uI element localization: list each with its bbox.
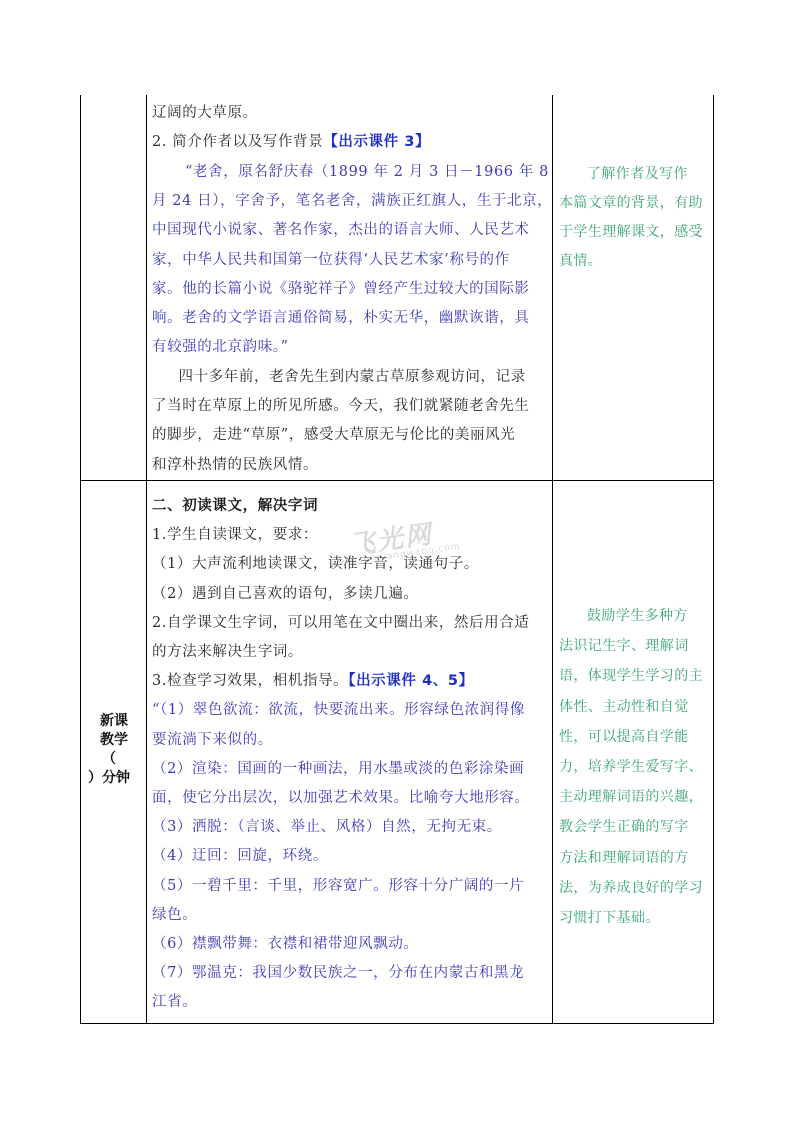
section-label-line: 教学 [100,731,130,750]
courseware-tag: 【出示课件 4、5】 [348,673,473,689]
table-border-bottom [80,1023,714,1024]
text-line: 家，中华人民共和国第一位获得‘人民艺术家’称号的作 [152,251,510,269]
section-label-line: 新课 [100,712,130,731]
section-label-line: ）分钟 [88,769,130,788]
text-line: （4）迂回：回旋，环绕。 [152,847,328,865]
text-line: （5）一碧千里：千里，形容宽广。形容十分广阔的一片 [152,877,524,895]
note-line: 鼓励学生多种方 [587,607,688,625]
text-segment: （3）洒脱：（言谈、举止、风格）自然，无拘无束。 [152,819,502,835]
text-segment: （2）遇到自己喜欢的语句，多读几遍。 [152,586,419,602]
note-line: 教会学生正确的写字 [559,818,689,836]
text-segment: 江省。 [152,994,197,1010]
table-border-col1 [146,95,147,1024]
note-line: 力，培养学生爱写字、 [559,758,703,776]
text-line: 面，使它分出层次，以加强艺术效果。比喻夸大地形容。 [152,789,530,807]
text-segment: 要流淌下来似的。 [152,732,273,748]
text-line: “（1）翠色欲流：欲流，快要流出来。形容绿色浓润得像 [152,701,525,719]
note-line: 本篇文章的背景，有助 [559,194,703,212]
note-line: 体性、主动性和自觉 [559,698,689,716]
section-label: 新课 教学 （ ）分钟 [100,712,130,788]
table-row-divider [80,480,714,481]
note-line: 法识记生字、理解词 [559,637,689,655]
text-line: 中国现代小说家、著名作家，杰出的语言大师、人民艺术 [152,221,530,239]
text-line: 要流淌下来似的。 [152,731,273,749]
text-line: 月 24 日），字舍予，笔名老舍，满族正红旗人，生于北京， [152,192,552,210]
text-line: 2. 简介作者以及写作背景【出示课件 3】 [152,133,430,151]
text-segment: （6）襟飘带舞：衣襟和裙带迎风飘动。 [152,936,419,952]
watermark: 飞光网 www.feiguangwang.com [327,504,504,587]
note-line: 语，体现学生学习的主 [559,667,703,685]
text-line: （2）遇到自己喜欢的语句，多读几遍。 [152,585,419,603]
text-segment: 绿色。 [152,907,197,923]
text-line: 江省。 [152,993,197,1011]
text-segment: 和淳朴热情的民族风情。 [152,457,318,473]
text-segment: 中国现代小说家、著名作家，杰出的语言大师、人民艺术 [152,222,530,238]
text-line: 四十多年前，老舍先生到内蒙古草原参观访问，记录 [179,368,526,386]
text-segment: “（1）翠色欲流：欲流，快要流出来。形容绿色浓润得像 [152,702,525,718]
text-line: “老舍，原名舒庆春（1899 年 2 月 3 日－1966 年 8 [185,163,549,181]
text-segment: 的脚步，走进“草原”，感受大草原无与伦比的美丽风光 [152,427,515,443]
text-segment: 家，中华人民共和国第一位获得‘人民艺术家’称号的作 [152,252,510,268]
text-segment: （2）渲染：国画的一种画法，用水墨或淡的色彩涂染画 [152,761,524,777]
text-segment: （1）大声流利地读课文，读准字音，读通句子。 [152,556,479,572]
text-line: 和淳朴热情的民族风情。 [152,456,318,474]
text-segment: 了当时在草原上的所见所感。今天，我们就紧随老舍先生 [152,398,530,414]
text-line: 辽阔的大草原。 [152,104,258,122]
text-segment: 1.学生自读课文，要求： [152,527,318,543]
text-line: 的方法来解决生字词。 [152,643,303,661]
text-line: 响。老舍的文学语言通俗简易，朴实无华，幽默诙谐，具 [152,309,530,327]
table-border-left [80,95,81,1024]
text-segment: 辽阔的大草原。 [152,105,258,121]
text-line: 的脚步，走进“草原”，感受大草原无与伦比的美丽风光 [152,426,515,444]
note-line: 性，可以提高自学能 [559,728,689,746]
text-line: （3）洒脱：（言谈、举止、风格）自然，无拘无束。 [152,818,502,836]
note-line: 方法和理解词语的方 [559,849,689,867]
text-segment: 3.检查学习效果，相机指导。 [152,673,348,689]
text-segment: （7）鄂温克：我国少数民族之一，分布在内蒙古和黑龙 [152,965,524,981]
text-line: 了当时在草原上的所见所感。今天，我们就紧随老舍先生 [152,397,530,415]
text-segment: 2. 简介作者以及写作背景 [152,134,323,150]
note-line: 于学生理解课文，感受 [559,223,703,241]
text-line: 2.自学课文生字词，可以用笔在文中圈出来，然后用合适 [152,614,529,632]
table-border-col2 [552,95,553,1024]
document-page: 辽阔的大草原。2. 简介作者以及写作背景【出示课件 3】“老舍，原名舒庆春（18… [0,0,793,1122]
text-line: （6）襟飘带舞：衣襟和裙带迎风飘动。 [152,935,419,953]
text-line: 二、初读课文，解决字词 [152,497,318,515]
text-segment: 面，使它分出层次，以加强艺术效果。比喻夸大地形容。 [152,790,530,806]
section-label-line: （ [100,750,130,769]
text-segment: 响。老舍的文学语言通俗简易，朴实无华，幽默诙谐，具 [152,310,530,326]
text-line: 3.检查学习效果，相机指导。【出示课件 4、5】 [152,672,474,690]
text-line: 家。他的长篇小说《骆驼祥子》曾经产生过较大的国际影 [152,280,530,298]
note-line: 习惯打下基础。 [559,909,660,927]
table-border-right [713,95,714,1024]
courseware-tag: 【出示课件 3】 [323,134,430,150]
text-segment: （4）迂回：回旋，环绕。 [152,848,328,864]
text-segment: 的方法来解决生字词。 [152,644,303,660]
text-segment: 家。他的长篇小说《骆驼祥子》曾经产生过较大的国际影 [152,281,530,297]
text-line: （1）大声流利地读课文，读准字音，读通句子。 [152,555,479,573]
text-segment: “老舍，原名舒庆春（1899 年 2 月 3 日－1966 年 8 [185,164,549,180]
text-line: 1.学生自读课文，要求： [152,526,318,544]
note-line: 主动理解词语的兴趣， [559,788,703,806]
text-line: 绿色。 [152,906,197,924]
text-segment: 有较强的北京韵味。” [152,339,289,355]
text-segment: 四十多年前，老舍先生到内蒙古草原参观访问，记录 [179,369,526,385]
text-segment: 二、初读课文，解决字词 [152,498,318,514]
text-line: （2）渲染：国画的一种画法，用水墨或淡的色彩涂染画 [152,760,524,778]
text-line: （7）鄂温克：我国少数民族之一，分布在内蒙古和黑龙 [152,964,524,982]
note-line: 了解作者及写作 [587,165,688,183]
note-line: 法，为养成良好的学习 [559,879,703,897]
text-segment: 2.自学课文生字词，可以用笔在文中圈出来，然后用合适 [152,615,529,631]
note-line: 真情。 [559,252,602,270]
text-line: 有较强的北京韵味。” [152,338,289,356]
text-segment: 月 24 日），字舍予，笔名老舍，满族正红旗人，生于北京， [152,193,552,209]
text-segment: （5）一碧千里：千里，形容宽广。形容十分广阔的一片 [152,878,524,894]
